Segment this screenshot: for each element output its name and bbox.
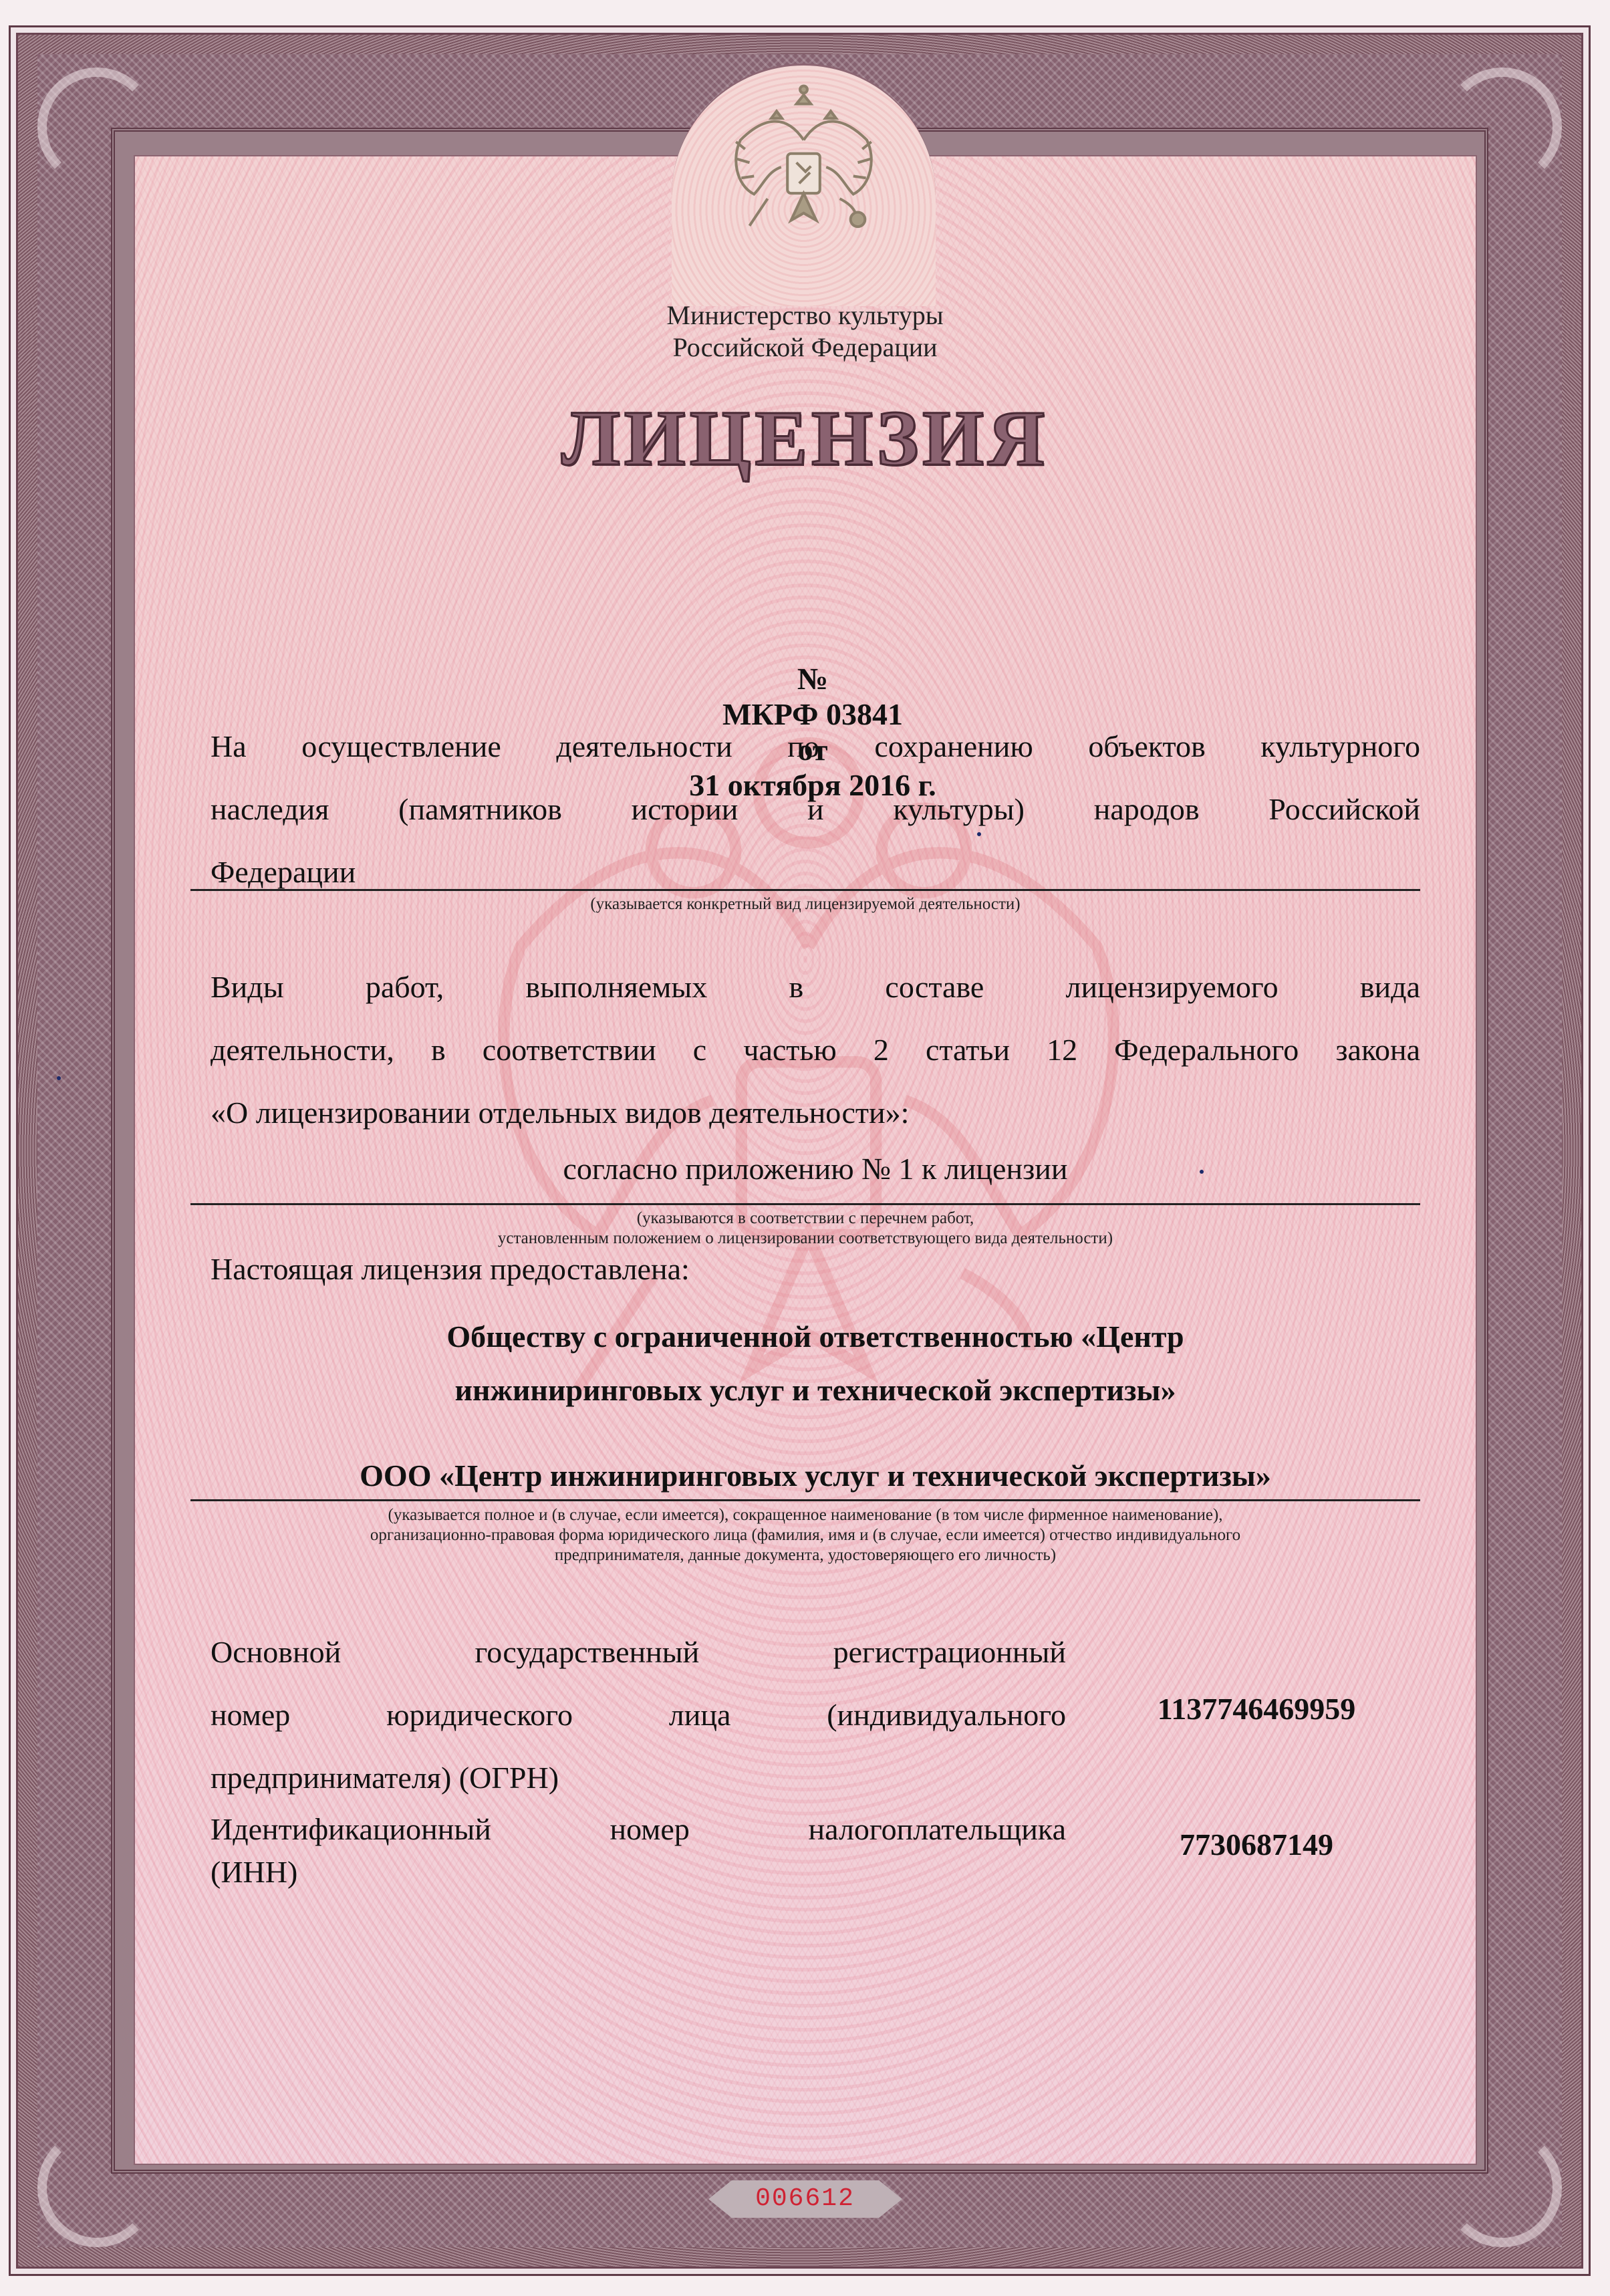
inn-value: 7730687149: [1083, 1827, 1430, 1862]
works-value: согласно приложению № 1 к лицензии: [211, 1151, 1420, 1186]
licensee-underline: [190, 1499, 1420, 1501]
works-underline: [190, 1203, 1420, 1205]
number-sign: №: [797, 662, 828, 696]
issuer-line-2: Российской Федерации: [0, 332, 1610, 364]
licensee-caption-line: организационно-правовая форма юридическо…: [190, 1525, 1420, 1545]
inn-label: Идентификационный номер налогоплательщик…: [211, 1808, 1066, 1894]
licensee-full-name-line: Обществу с ограниченной ответственностью…: [211, 1310, 1420, 1364]
document-title: ЛИЦЕНЗИЯ: [0, 393, 1610, 484]
ogrn-label-line: предпринимателя) (ОГРН): [211, 1747, 1066, 1809]
issuer-line-1: Министерство культуры: [0, 299, 1610, 332]
ogrn-label: Основной государственный регистрационный…: [211, 1621, 1066, 1809]
coat-of-arms-icon: [712, 77, 896, 257]
licensee-short-name: ООО «Центр инжиниринговых услуг и технич…: [211, 1449, 1420, 1503]
licensee-full-name-line: инжиниринговых услуг и технической экспе…: [211, 1364, 1420, 1417]
works-caption: (указываются в соответствии с перечнем р…: [190, 1208, 1420, 1249]
works-caption-line: (указываются в соответствии с перечнем р…: [190, 1208, 1420, 1229]
ogrn-label-line: номер юридического лица (индивидуального: [211, 1684, 1066, 1747]
ink-dot: [57, 1076, 61, 1080]
activity-description: На осуществление деятельности по сохране…: [211, 715, 1420, 904]
serial-number: 006612: [0, 2184, 1610, 2213]
works-line: Виды работ, выполняемых в составе лиценз…: [211, 956, 1420, 1019]
activity-underline: [190, 889, 1420, 891]
licensee-full-name: Обществу с ограниченной ответственностью…: [211, 1310, 1420, 1417]
ogrn-label-line: Основной государственный регистрационный: [211, 1621, 1066, 1684]
issuer-name: Министерство культуры Российской Федерац…: [0, 299, 1610, 364]
inn-label-line: (ИНН): [211, 1851, 1066, 1894]
ink-dot: [1200, 1170, 1204, 1174]
works-line: «О лицензировании отдельных видов деятел…: [211, 1081, 1420, 1144]
ogrn-value: 1137746469959: [1083, 1691, 1430, 1727]
licensee-caption-line: (указывается полное и (в случае, если им…: [190, 1505, 1420, 1525]
works-description: Виды работ, выполняемых в составе лиценз…: [211, 956, 1420, 1144]
activity-line: На осуществление деятельности по сохране…: [211, 715, 1420, 778]
activity-line: наследия (памятников истории и культуры)…: [211, 778, 1420, 841]
works-line: деятельности, в соответствии с частью 2 …: [211, 1019, 1420, 1081]
activity-caption: (указывается конкретный вид лицензируемо…: [190, 894, 1420, 914]
licensee-label: Настоящая лицензия предоставлена:: [211, 1251, 690, 1287]
inn-label-line: Идентификационный номер налогоплательщик…: [211, 1808, 1066, 1851]
ink-dot: [977, 832, 981, 836]
licensee-caption: (указывается полное и (в случае, если им…: [190, 1505, 1420, 1565]
licensee-caption-line: предпринимателя, данные документа, удост…: [190, 1545, 1420, 1565]
works-caption-line: установленным положением о лицензировани…: [190, 1229, 1420, 1249]
